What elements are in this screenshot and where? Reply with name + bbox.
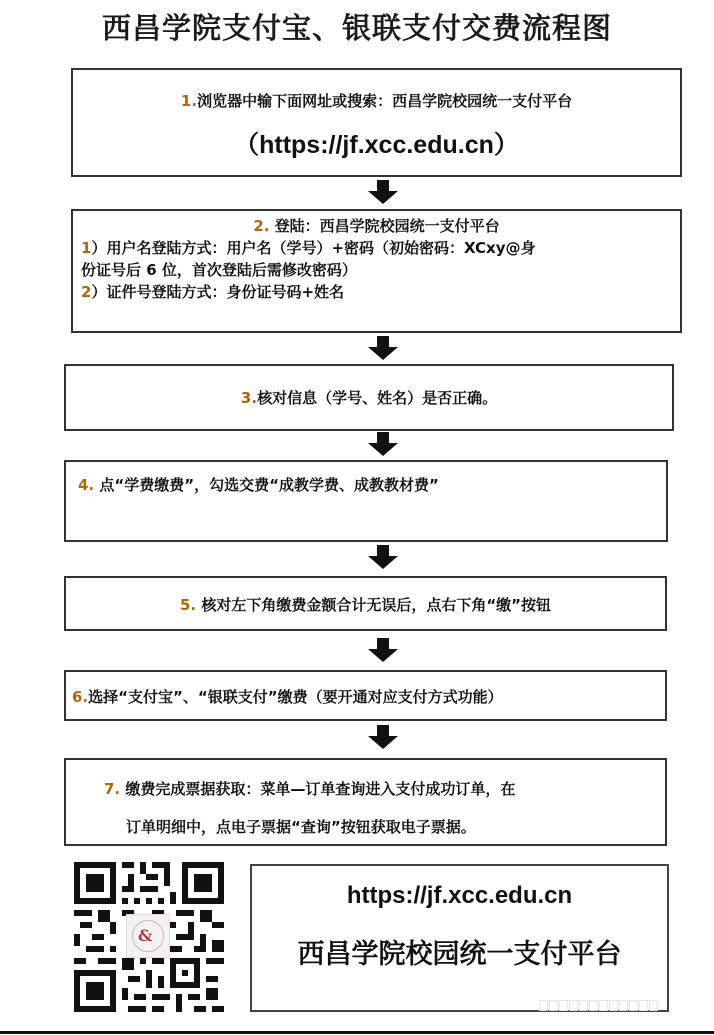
step-7-label: 缴费完成票据获取：菜单—订单查询进入支付成功订单，在 [120,780,515,798]
login-method-username-cont: 份证号后 6 位，首次登陆后需修改密码） [81,261,357,279]
qr-code-image[interactable]: & [73,862,225,1012]
step-2-heading: 2. 登陆：西昌学院校园统一支付平台 [81,215,672,237]
step-number: 6. [72,688,88,706]
step-6-label: 选择“支付宝”、“银联支付”缴费（要开通对应支付方式功能） [88,688,502,706]
step-1-url: （https://jf.xcc.edu.cn） [73,125,680,161]
step-number: 3. [241,389,257,407]
step-number: 1. [181,92,197,110]
step-number: 7. [104,780,120,798]
sub-step-number: 1 [81,239,91,257]
step-4-label: 点“学费缴费”，勾选交费“成教学费、成教教材费” [94,476,439,494]
sub-step-number: 2 [81,283,91,301]
step-5-text: 5. 核对左下角缴费金额合计无误后，点右下角“缴”按钮 [66,594,665,615]
down-arrow-icon [368,432,398,458]
platform-info-box: https://jf.xcc.edu.cn 西昌学院校园统一支付平台 [250,864,669,1012]
step-2-line: 1）用户名登陆方式：用户名（学号）+密码（初始密码：XCxy@身 [81,237,672,259]
step-7-line-1: 7. 缴费完成票据获取：菜单—订单查询进入支付成功订单，在 [104,778,515,799]
unrendered-caption [539,1000,658,1011]
step-6-box: 6.选择“支付宝”、“银联支付”缴费（要开通对应支付方式功能） [64,670,667,721]
step-4-box: 4. 点“学费缴费”，勾选交费“成教学费、成教教材费” [64,460,668,542]
step-6-text: 6.选择“支付宝”、“银联支付”缴费（要开通对应支付方式功能） [72,686,503,707]
step-2-heading-text: 登陆：西昌学院校园统一支付平台 [269,217,499,235]
step-5-box: 5. 核对左下角缴费金额合计无误后，点右下角“缴”按钮 [64,576,667,631]
page-title: 西昌学院支付宝、银联支付交费流程图 [0,6,714,47]
step-number: 4. [78,476,94,494]
step-3-text: 3.核对信息（学号、姓名）是否正确。 [66,387,672,408]
step-2-box: 2. 登陆：西昌学院校园统一支付平台 1）用户名登陆方式：用户名（学号）+密码（… [71,209,682,333]
step-7-box: 7. 缴费完成票据获取：菜单—订单查询进入支付成功订单，在 订单明细中，点电子票… [64,758,667,846]
step-3-label: 核对信息（学号、姓名）是否正确。 [257,389,497,407]
platform-name: 西昌学院校园统一支付平台 [252,932,667,971]
down-arrow-icon [368,336,398,362]
bottom-divider [0,1031,714,1034]
college-logo-icon: & [126,914,170,958]
down-arrow-icon [368,545,398,571]
step-2-line: 2）证件号登陆方式：身份证号码+姓名 [81,281,672,303]
step-1-text: 浏览器中输下面网址或搜索：西昌学院校园统一支付平台 [197,92,572,110]
down-arrow-icon [368,638,398,664]
step-4-text: 4. 点“学费缴费”，勾选交费“成教学费、成教教材费” [78,474,439,495]
step-number: 5. [180,596,196,614]
step-3-box: 3.核对信息（学号、姓名）是否正确。 [64,364,674,431]
login-method-username: ）用户名登陆方式：用户名（学号）+密码（初始密码：XCxy@身 [91,239,535,257]
logo-glyph: & [138,926,152,946]
step-2-line: 份证号后 6 位，首次登陆后需修改密码） [81,259,672,281]
down-arrow-icon [368,180,398,206]
platform-url-link[interactable]: https://jf.xcc.edu.cn [252,882,667,910]
step-7-line-2: 订单明细中，点电子票据“查询”按钮获取电子票据。 [126,816,476,837]
step-number: 2. [253,217,269,235]
step-5-label: 核对左下角缴费金额合计无误后，点右下角“缴”按钮 [196,596,551,614]
down-arrow-icon [368,725,398,751]
login-method-id: ）证件号登陆方式：身份证号码+姓名 [91,283,344,301]
step-1-instruction: 1.浏览器中输下面网址或搜索：西昌学院校园统一支付平台 [73,90,680,111]
step-1-box: 1.浏览器中输下面网址或搜索：西昌学院校园统一支付平台 （https://jf.… [71,68,682,177]
